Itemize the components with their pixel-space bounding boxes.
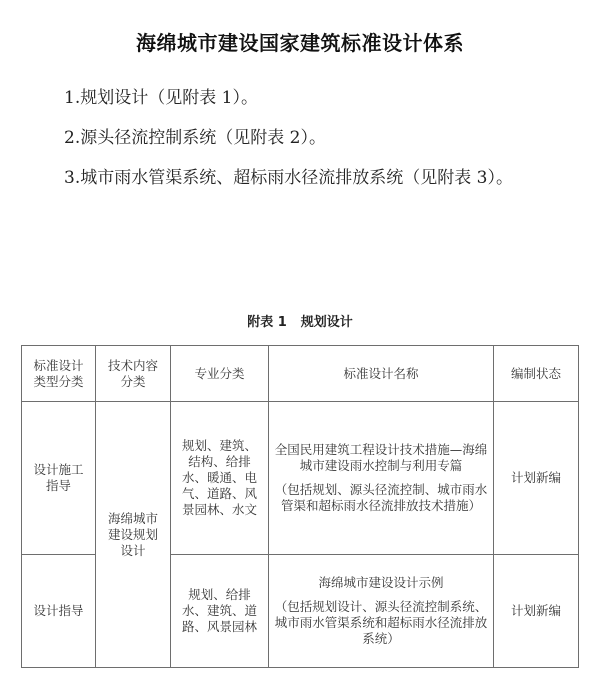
cell-tech-content-merged: 海绵城市建设规划设计 xyxy=(96,402,171,668)
cell-discipline: 规划、给排水、建筑、道路、风景园林 xyxy=(171,555,269,668)
table-caption-title: 规划设计 xyxy=(301,315,353,330)
document-title: 海绵城市建设国家建筑标准设计体系 xyxy=(0,27,600,56)
table-caption: 附表 1规划设计 xyxy=(0,311,600,330)
design-name-note: （包括规划设计、源头径流控制系统、城市雨水管渠系统和超标雨水径流排放系统） xyxy=(273,599,489,647)
table-caption-label: 附表 1 xyxy=(247,315,287,330)
header-tech-content: 技术内容分类 xyxy=(96,346,171,402)
cell-status: 计划新编 xyxy=(494,402,579,555)
cell-design-name: 全国民用建筑工程设计技术措施—海绵城市建设雨水控制与利用专篇 （包括规划、源头径… xyxy=(269,402,494,555)
list-item: 3.城市雨水管渠系统、超标雨水径流排放系统（见附表 3）。 xyxy=(64,158,513,198)
header-design-name: 标准设计名称 xyxy=(269,346,494,402)
cell-status: 计划新编 xyxy=(494,555,579,668)
design-name-main: 全国民用建筑工程设计技术措施—海绵城市建设雨水控制与利用专篇 xyxy=(273,442,489,474)
header-design-type: 标准设计类型分类 xyxy=(22,346,96,402)
design-name-main: 海绵城市建设设计示例 xyxy=(273,575,489,591)
header-discipline: 专业分类 xyxy=(171,346,269,402)
list-item: 2.源头径流控制系统（见附表 2）。 xyxy=(64,118,513,158)
header-status: 编制状态 xyxy=(494,346,579,402)
cell-design-type: 设计施工指导 xyxy=(22,402,96,555)
cell-discipline: 规划、建筑、结构、给排水、暖通、电气、道路、风景园林、水文 xyxy=(171,402,269,555)
planning-design-table: 标准设计类型分类 技术内容分类 专业分类 标准设计名称 编制状态 设计施工指导 … xyxy=(21,345,579,668)
table-row: 设计施工指导 海绵城市建设规划设计 规划、建筑、结构、给排水、暖通、电气、道路、… xyxy=(22,402,579,555)
list-item: 1.规划设计（见附表 1）。 xyxy=(64,78,513,118)
design-name-note: （包括规划、源头径流控制、城市雨水管渠和超标雨水径流排放技术措施） xyxy=(273,482,489,514)
cell-design-name: 海绵城市建设设计示例 （包括规划设计、源头径流控制系统、城市雨水管渠系统和超标雨… xyxy=(269,555,494,668)
table-header-row: 标准设计类型分类 技术内容分类 专业分类 标准设计名称 编制状态 xyxy=(22,346,579,402)
cell-design-type: 设计指导 xyxy=(22,555,96,668)
system-list: 1.规划设计（见附表 1）。 2.源头径流控制系统（见附表 2）。 3.城市雨水… xyxy=(64,78,513,198)
